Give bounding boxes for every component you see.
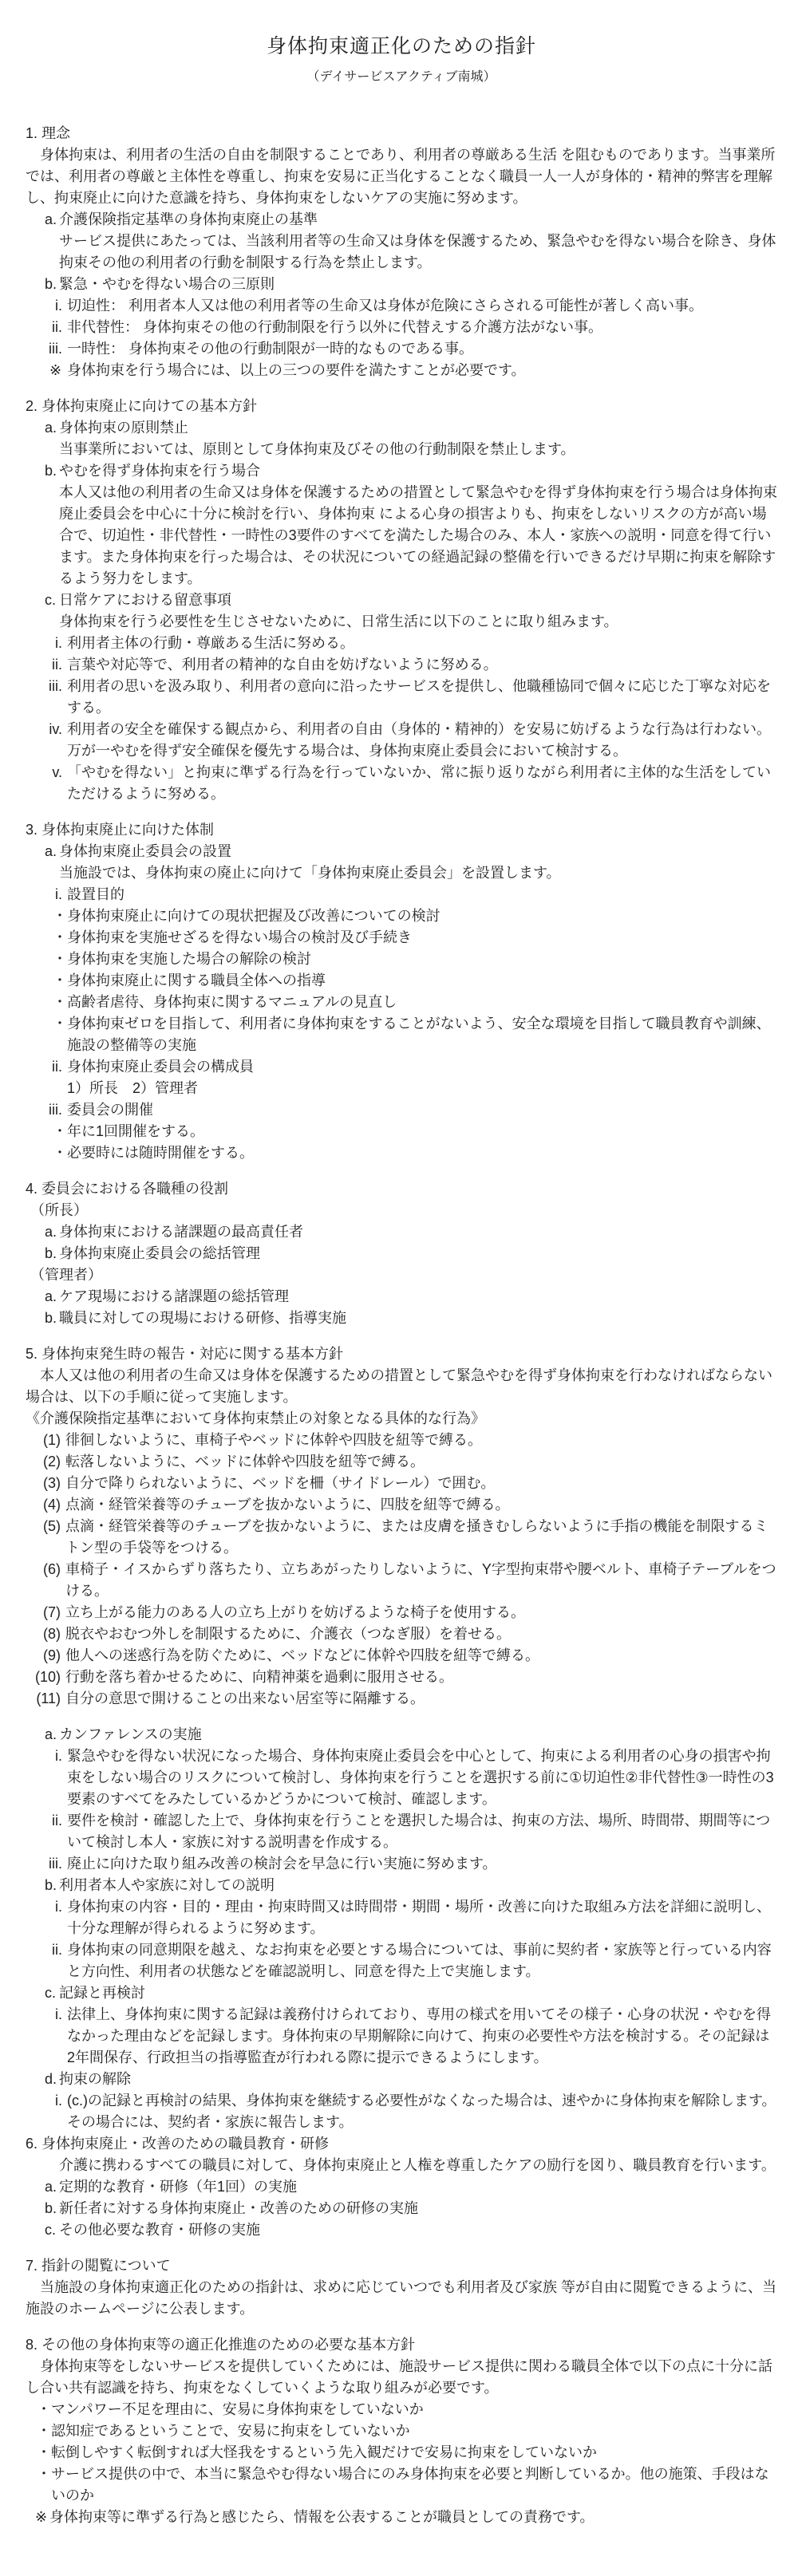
item-text: 年に1回開催をする。 [67, 1121, 777, 1142]
item-text: 転落しないように、ベッドに体幹や四肢を紐等で縛る。 [65, 1451, 777, 1473]
roman-item: ii.身体拘束廃止委員会の構成員 [41, 1056, 777, 1078]
item-text: 理念 [41, 123, 777, 144]
section-heading: 8.その他の身体拘束等の適正化推進のための必要な基本方針 [26, 2334, 777, 2356]
numbered-item: (7)立ち上がる能力のある人の立ち上がりを妨げるような椅子を使用する。 [35, 1602, 777, 1623]
item-marker: b. [45, 1243, 59, 1264]
item-marker: 5. [26, 1343, 41, 1365]
item-text: 委員会の開催 [67, 1099, 777, 1121]
item-marker: (2) [35, 1451, 61, 1473]
item-text: 法律上、身体拘束に関する記録は義務付けられており、専用の様式を用いてその様子・心… [67, 2004, 777, 2069]
item-text: 廃止に向けた取り組み改善の検討会を早急に行い実施に努めます。 [67, 1853, 777, 1875]
sub-paragraph: 当事業所においては、原則として身体拘束及びその他の行動制限を禁止します。 [59, 439, 777, 460]
bullet-item: ・身体拘束廃止に関する職員全体への指導 [53, 970, 777, 992]
paragraph: 身体拘束等をしないサービスを提供していくためには、施設サービス提供に関わる職員全… [26, 2356, 777, 2399]
alpha-item: a.身体拘束における諸課題の最高責任者 [45, 1221, 777, 1243]
item-text: 言葉や対応等で、利用者の精神的な自由を妨げないように努める。 [67, 654, 777, 676]
item-text: 認知症であるということで、安易に拘束をしていないか [51, 2420, 777, 2442]
item-marker: ii. [41, 654, 62, 676]
item-marker: (8) [35, 1623, 61, 1645]
item-marker: c. [45, 2219, 59, 2241]
section-heading: 1.理念 [26, 123, 777, 144]
paragraph: 当施設の身体拘束適正化のための指針は、求めに応じていつでも利用者及び家族 等が自… [26, 2277, 777, 2320]
bullet-item: ・身体拘束を実施せざるを得ない場合の検討及び手続き [53, 927, 777, 949]
roman-item: iii.一時性： 身体拘束その他の行動制限が一時的なものである事。 [41, 338, 777, 360]
item-text: 身体拘束廃止に向けての現状把握及び改善についての検討 [67, 905, 777, 927]
item-text: 身体拘束を実施した場合の解除の検討 [67, 949, 777, 970]
item-marker: i. [41, 295, 62, 317]
roman-item: i.身体拘束の内容・目的・理由・拘束時間又は時間帯・期間・場所・改善に向けた取組… [41, 1896, 777, 1939]
roman-item: ii.言葉や対応等で、利用者の精神的な自由を妨げないように努める。 [41, 654, 777, 676]
item-text: 日常ケアにおける留意事項 [59, 590, 777, 611]
item-text: 身体拘束廃止に関する職員全体への指導 [67, 970, 777, 992]
alpha-item: b.新任者に対する身体拘束廃止・改善のための研修の実施 [45, 2198, 777, 2219]
item-marker: d. [45, 2069, 59, 2090]
item-marker: 4. [26, 1178, 41, 1200]
item-text: 記録と再検討 [59, 1982, 777, 2004]
item-marker: ・ [37, 2464, 51, 2485]
item-text: (c.)の記録と再検討の結果、身体拘束を継続する必要性がなくなった場合は、速やか… [67, 2090, 777, 2133]
item-text: 利用者の思いを汲み取り、利用者の意向に沿ったサービスを提供し、他職種協同で個々に… [67, 676, 777, 719]
item-marker: (9) [35, 1645, 61, 1667]
item-marker: ・ [53, 992, 67, 1013]
item-marker: (4) [35, 1494, 61, 1516]
item-marker: ・ [37, 2442, 51, 2464]
item-marker: c. [45, 1982, 59, 2004]
roman-item: iv.利用者の安全を確保する観点から、利用者の自由（身体的・精神的）を安易に妨げ… [41, 719, 777, 762]
item-marker: 6. [26, 2133, 41, 2155]
item-marker: c. [45, 590, 59, 611]
roman-item: i.(c.)の記録と再検討の結果、身体拘束を継続する必要性がなくなった場合は、速… [41, 2090, 777, 2133]
document-subtitle: （デイサービスアクティブ南城） [26, 69, 777, 86]
item-text: 設置目的 [67, 884, 777, 905]
item-marker: b. [45, 274, 59, 295]
item-text: サービス提供の中で、本当に緊急やむ得ない場合にのみ身体拘束を必要と判断しているか… [51, 2464, 777, 2507]
item-text: 利用者の安全を確保する観点から、利用者の自由（身体的・精神的）を安易に妨げるよう… [67, 719, 777, 762]
numbered-item: (8)脱衣やおむつ外しを制限するために、介護衣（つなぎ服）を着せる。 [35, 1623, 777, 1645]
item-text: 身体拘束廃止・改善のための職員教育・研修 [41, 2133, 777, 2155]
alpha-item: c.記録と再検討 [45, 1982, 777, 2004]
document-body: 1.理念身体拘束は、利用者の生活の自由を制限することであり、利用者の尊厳ある生活… [26, 123, 777, 2528]
item-text: 行動を落ち着かせるために、向精神薬を過剰に服用させる。 [65, 1667, 777, 1688]
item-marker: b. [45, 1875, 59, 1896]
item-marker: 7. [26, 2255, 41, 2277]
bullet-item: ・高齢者虐待、身体拘束に関するマニュアルの見直し [53, 992, 777, 1013]
paragraph: 介護に携わるすべての職員に対して、身体拘束廃止と人権を尊重したケアの励行を図り、… [59, 2155, 777, 2176]
bracket-heading: 《介護保険指定基準において身体拘束禁止の対象となる具体的な行為》 [26, 1408, 777, 1430]
alpha-item: c.日常ケアにおける留意事項 [45, 590, 777, 611]
roman-item: iii.廃止に向けた取り組み改善の検討会を早急に行い実施に努めます。 [41, 1853, 777, 1875]
item-text: やむを得ず身体拘束を行う場合 [59, 460, 777, 482]
item-marker: a. [45, 209, 59, 231]
item-marker: iii. [41, 676, 62, 697]
item-text: 利用者本人や家族に対しての説明 [59, 1875, 777, 1896]
sub-paragraph: 身体拘束を行う必要性を生じさせないために、日常生活に以下のことに取り組みます。 [59, 611, 777, 633]
item-marker: iii. [41, 1853, 62, 1875]
item-marker: b. [45, 2198, 59, 2219]
item-marker: a. [45, 2176, 59, 2198]
item-marker: ・ [53, 905, 67, 927]
item-text: 身体拘束ゼロを目指して、利用者に身体拘束をすることがないよう、安全な環境を目指し… [67, 1013, 777, 1056]
item-marker: (3) [35, 1473, 61, 1494]
alpha-item: c.その他必要な教育・研修の実施 [45, 2219, 777, 2241]
bullet-item: ・転倒しやすく転倒すれば大怪我をするという先入観だけで安易に拘束をしていないか [37, 2442, 777, 2464]
item-text: 緊急・やむを得ない場合の三原則 [59, 274, 777, 295]
item-text: 点滴・経管栄養等のチューブを抜かないように、四肢を紐等で縛る。 [65, 1494, 777, 1516]
roman-item: v.「やむを得ない」と拘束に準ずる行為を行っていないか、常に振り返りながら利用者… [41, 762, 777, 805]
item-text: 身体拘束廃止に向けた体制 [41, 819, 777, 841]
alpha-item: a.カンファレンスの実施 [45, 1724, 777, 1746]
item-marker: iv. [41, 719, 62, 740]
roman-item: iii.利用者の思いを汲み取り、利用者の意向に沿ったサービスを提供し、他職種協同… [41, 676, 777, 719]
item-marker: ・ [53, 949, 67, 970]
item-text: 介護保険指定基準の身体拘束廃止の基準 [59, 209, 777, 231]
sub-paragraph: 本人又は他の利用者の生命又は身体を保護するための措置として緊急やむを得ず身体拘束… [59, 482, 777, 590]
bullet-item: ・サービス提供の中で、本当に緊急やむ得ない場合にのみ身体拘束を必要と判断している… [37, 2464, 777, 2507]
item-text: 身体拘束廃止委員会の設置 [59, 841, 777, 862]
roman-item: i.切迫性： 利用者本人又は他の利用者等の生命又は身体が危険にさらされる可能性が… [41, 295, 777, 317]
numbered-item: (5)点滴・経管栄養等のチューブを抜かないように、または皮膚を掻きむしらないよう… [35, 1516, 777, 1559]
item-text: 転倒しやすく転倒すれば大怪我をするという先入観だけで安易に拘束をしていないか [51, 2442, 777, 2464]
item-text: 身体拘束を実施せざるを得ない場合の検討及び手続き [67, 927, 777, 949]
item-marker: 2. [26, 396, 41, 417]
alpha-item: a.定期的な教育・研修（年1回）の実施 [45, 2176, 777, 2198]
roman-item: ii.非代替性： 身体拘束その他の行動制限を行う以外に代替えする介護方法がない事… [41, 317, 777, 338]
numbered-item: (3)自分で降りられないように、ベッドを柵（サイドレール）で囲む。 [35, 1473, 777, 1494]
bullet-item: ・マンパワー不足を理由に、安易に身体拘束をしていないか [37, 2399, 777, 2420]
item-text: 高齢者虐待、身体拘束に関するマニュアルの見直し [67, 992, 777, 1013]
item-text: ケア現場における諸課題の総括管理 [59, 1286, 777, 1308]
item-marker: i. [41, 633, 62, 654]
item-marker: ※ [49, 360, 64, 381]
item-marker: b. [45, 1308, 59, 1329]
item-text: 身体拘束の同意期限を越え、なお拘束を必要とする場合については、事前に契約者・家族… [67, 1939, 777, 1982]
item-text: 脱衣やおむつ外しを制限するために、介護衣（つなぎ服）を着せる。 [65, 1623, 777, 1645]
numbered-item: (11)自分の意思で開けることの出来ない居室等に隔離する。 [35, 1688, 777, 1710]
item-text: 身体拘束等に準ずる行為と感じたら、情報を公表することが職員としての責務です。 [49, 2507, 777, 2528]
note: ※身体拘束等に準ずる行為と感じたら、情報を公表することが職員としての責務です。 [35, 2507, 777, 2528]
numbered-item: (9)他人への迷惑行為を防ぐために、ベッドなどに体幹や四肢を紐等で縛る。 [35, 1645, 777, 1667]
item-marker: a. [45, 1286, 59, 1308]
bullet-item: ・身体拘束ゼロを目指して、利用者に身体拘束をすることがないよう、安全な環境を目指… [53, 1013, 777, 1056]
alpha-item: b.身体拘束廃止委員会の総括管理 [45, 1243, 777, 1264]
item-marker: a. [45, 417, 59, 439]
alpha-item: b.やむを得ず身体拘束を行う場合 [45, 460, 777, 482]
section-heading: 7.指針の閲覧について [26, 2255, 777, 2277]
item-marker: (5) [35, 1516, 61, 1537]
roman-item: i.設置目的 [41, 884, 777, 905]
item-marker: i. [41, 2004, 62, 2026]
numbered-item: (4)点滴・経管栄養等のチューブを抜かないように、四肢を紐等で縛る。 [35, 1494, 777, 1516]
item-text: その他の身体拘束等の適正化推進のための必要な基本方針 [41, 2334, 777, 2356]
section-heading: 3.身体拘束廃止に向けた体制 [26, 819, 777, 841]
item-text: 新任者に対する身体拘束廃止・改善のための研修の実施 [59, 2198, 777, 2219]
item-text: 利用者主体の行動・尊厳ある生活に努める。 [67, 633, 777, 654]
item-marker: i. [41, 2090, 62, 2112]
item-text: 緊急やむを得ない状況になった場合、身体拘束廃止委員会を中心として、拘束による利用… [67, 1746, 777, 1810]
alpha-item: b.緊急・やむを得ない場合の三原則 [45, 274, 777, 295]
section-heading: 6.身体拘束廃止・改善のための職員教育・研修 [26, 2133, 777, 2155]
item-marker: (11) [35, 1688, 61, 1710]
item-text: 他人への迷惑行為を防ぐために、ベッドなどに体幹や四肢を紐等で縛る。 [65, 1645, 777, 1667]
item-text: 指針の閲覧について [41, 2255, 777, 2277]
role-heading: （管理者） [30, 1264, 777, 1286]
roman-item: i.緊急やむを得ない状況になった場合、身体拘束廃止委員会を中心として、拘束による… [41, 1746, 777, 1810]
item-text: 身体拘束発生時の報告・対応に関する基本方針 [41, 1343, 777, 1365]
note: ※身体拘束を行う場合には、以上の三つの要件を満たすことが必要です。 [49, 360, 777, 381]
bullet-item: ・認知症であるということで、安易に拘束をしていないか [37, 2420, 777, 2442]
alpha-item: a.身体拘束廃止委員会の設置 [45, 841, 777, 862]
item-marker: i. [41, 1746, 62, 1767]
item-marker: ・ [53, 1013, 67, 1035]
alpha-item: a.身体拘束の原則禁止 [45, 417, 777, 439]
bullet-item: ・年に1回開催をする。 [53, 1121, 777, 1142]
item-text: マンパワー不足を理由に、安易に身体拘束をしていないか [51, 2399, 777, 2420]
item-text: 定期的な教育・研修（年1回）の実施 [59, 2176, 777, 2198]
item-text: その他必要な教育・研修の実施 [59, 2219, 777, 2241]
alpha-item: a.介護保険指定基準の身体拘束廃止の基準 [45, 209, 777, 231]
item-text: 身体拘束における諸課題の最高責任者 [59, 1221, 777, 1243]
item-text: 「やむを得ない」と拘束に準ずる行為を行っていないか、常に振り返りながら利用者に主… [67, 762, 777, 805]
item-marker: (1) [35, 1430, 61, 1451]
item-text: 自分で降りられないように、ベッドを柵（サイドレール）で囲む。 [65, 1473, 777, 1494]
item-marker: v. [41, 762, 62, 783]
paragraph: 本人又は他の利用者の生命又は身体を保護するための措置として緊急やむを得ず身体拘束… [26, 1365, 777, 1408]
numbered-item: (10)行動を落ち着かせるために、向精神薬を過剰に服用させる。 [35, 1667, 777, 1688]
section-heading: 5.身体拘束発生時の報告・対応に関する基本方針 [26, 1343, 777, 1365]
sub-item: 1）所長 2）管理者 [67, 1078, 777, 1099]
item-marker: 8. [26, 2334, 41, 2356]
roman-item: iii.委員会の開催 [41, 1099, 777, 1121]
item-marker: 3. [26, 819, 41, 841]
item-marker: ・ [37, 2399, 51, 2420]
item-marker: i. [41, 884, 62, 905]
alpha-item: d.拘束の解除 [45, 2069, 777, 2090]
document-title: 身体拘束適正化のための指針 [26, 34, 777, 59]
item-marker: 1. [26, 123, 41, 144]
bullet-item: ・身体拘束を実施した場合の解除の検討 [53, 949, 777, 970]
roman-item: i.利用者主体の行動・尊厳ある生活に努める。 [41, 633, 777, 654]
item-marker: a. [45, 1724, 59, 1746]
numbered-item: (1)徘徊しないように、車椅子やベッドに体幹や四肢を紐等で縛る。 [35, 1430, 777, 1451]
item-text: 身体拘束廃止委員会の総括管理 [59, 1243, 777, 1264]
item-text: 拘束の解除 [59, 2069, 777, 2090]
item-text: 要件を検討・確認した上で、身体拘束を行うことを選択した場合は、拘束の方法、場所、… [67, 1810, 777, 1853]
item-text: 切迫性： 利用者本人又は他の利用者等の生命又は身体が危険にさらされる可能性が著し… [67, 295, 777, 317]
role-heading: （所長） [30, 1200, 777, 1221]
roman-item: ii.要件を検討・確認した上で、身体拘束を行うことを選択した場合は、拘束の方法、… [41, 1810, 777, 1853]
item-marker: i. [41, 1896, 62, 1918]
item-marker: ・ [53, 1142, 67, 1164]
item-text: 徘徊しないように、車椅子やベッドに体幹や四肢を紐等で縛る。 [65, 1430, 777, 1451]
item-text: 点滴・経管栄養等のチューブを抜かないように、または皮膚を掻きむしらないように手指… [65, 1516, 777, 1559]
item-marker: iii. [41, 338, 62, 360]
item-text: 委員会における各職種の役割 [41, 1178, 777, 1200]
item-marker: ii. [41, 1939, 62, 1961]
item-text: 自分の意思で開けることの出来ない居室等に隔離する。 [65, 1688, 777, 1710]
item-text: 立ち上がる能力のある人の立ち上がりを妨げるような椅子を使用する。 [65, 1602, 777, 1623]
roman-item: ii.身体拘束の同意期限を越え、なお拘束を必要とする場合については、事前に契約者… [41, 1939, 777, 1982]
sub-paragraph: 当施設では、身体拘束の廃止に向けて「身体拘束廃止委員会」を設置します。 [59, 862, 777, 884]
item-text: 車椅子・イスからずり落ちたり、立ちあがったりしないように、Y字型拘束帯や腰ベルト… [65, 1559, 777, 1602]
item-marker: iii. [41, 1099, 62, 1121]
item-text: 必要時には随時開催をする。 [67, 1142, 777, 1164]
document-page: 身体拘束適正化のための指針 （デイサービスアクティブ南城） 1.理念身体拘束は、… [0, 0, 798, 2576]
item-marker: ii. [41, 1056, 62, 1078]
item-text: 身体拘束の原則禁止 [59, 417, 777, 439]
item-marker: b. [45, 460, 59, 482]
numbered-item: (6)車椅子・イスからずり落ちたり、立ちあがったりしないように、Y字型拘束帯や腰… [35, 1559, 777, 1602]
item-text: 非代替性： 身体拘束その他の行動制限を行う以外に代替えする介護方法がない事。 [67, 317, 777, 338]
section-heading: 2.身体拘束廃止に向けての基本方針 [26, 396, 777, 417]
item-marker: ※ [35, 2507, 49, 2528]
alpha-item: a.ケア現場における諸課題の総括管理 [45, 1286, 777, 1308]
item-marker: (6) [35, 1559, 61, 1580]
item-marker: a. [45, 1221, 59, 1243]
bullet-item: ・身体拘束廃止に向けての現状把握及び改善についての検討 [53, 905, 777, 927]
item-marker: a. [45, 841, 59, 862]
item-marker: ・ [53, 927, 67, 949]
item-text: 身体拘束廃止に向けての基本方針 [41, 396, 777, 417]
paragraph: 身体拘束は、利用者の生活の自由を制限することであり、利用者の尊厳ある生活 を阻む… [26, 144, 777, 209]
alpha-item: b.利用者本人や家族に対しての説明 [45, 1875, 777, 1896]
item-marker: (10) [35, 1667, 61, 1688]
section-heading: 4.委員会における各職種の役割 [26, 1178, 777, 1200]
item-marker: (7) [35, 1602, 61, 1623]
item-text: カンファレンスの実施 [59, 1724, 777, 1746]
item-text: 身体拘束を行う場合には、以上の三つの要件を満たすことが必要です。 [67, 360, 777, 381]
item-text: 一時性： 身体拘束その他の行動制限が一時的なものである事。 [67, 338, 777, 360]
numbered-item: (2)転落しないように、ベッドに体幹や四肢を紐等で縛る。 [35, 1451, 777, 1473]
roman-item: i.法律上、身体拘束に関する記録は義務付けられており、専用の様式を用いてその様子… [41, 2004, 777, 2069]
item-marker: ii. [41, 317, 62, 338]
item-text: 身体拘束の内容・目的・理由・拘束時間又は時間帯・期間・場所・改善に向けた取組み方… [67, 1896, 777, 1939]
alpha-item: b.職員に対しての現場における研修、指導実施 [45, 1308, 777, 1329]
item-text: 職員に対しての現場における研修、指導実施 [59, 1308, 777, 1329]
item-marker: ・ [53, 1121, 67, 1142]
bullet-item: ・必要時には随時開催をする。 [53, 1142, 777, 1164]
sub-paragraph: サービス提供にあたっては、当該利用者等の生命又は身体を保護するため、緊急やむを得… [59, 231, 777, 274]
item-marker: ii. [41, 1810, 62, 1832]
item-marker: ・ [37, 2420, 51, 2442]
item-text: 身体拘束廃止委員会の構成員 [67, 1056, 777, 1078]
item-marker: ・ [53, 970, 67, 992]
